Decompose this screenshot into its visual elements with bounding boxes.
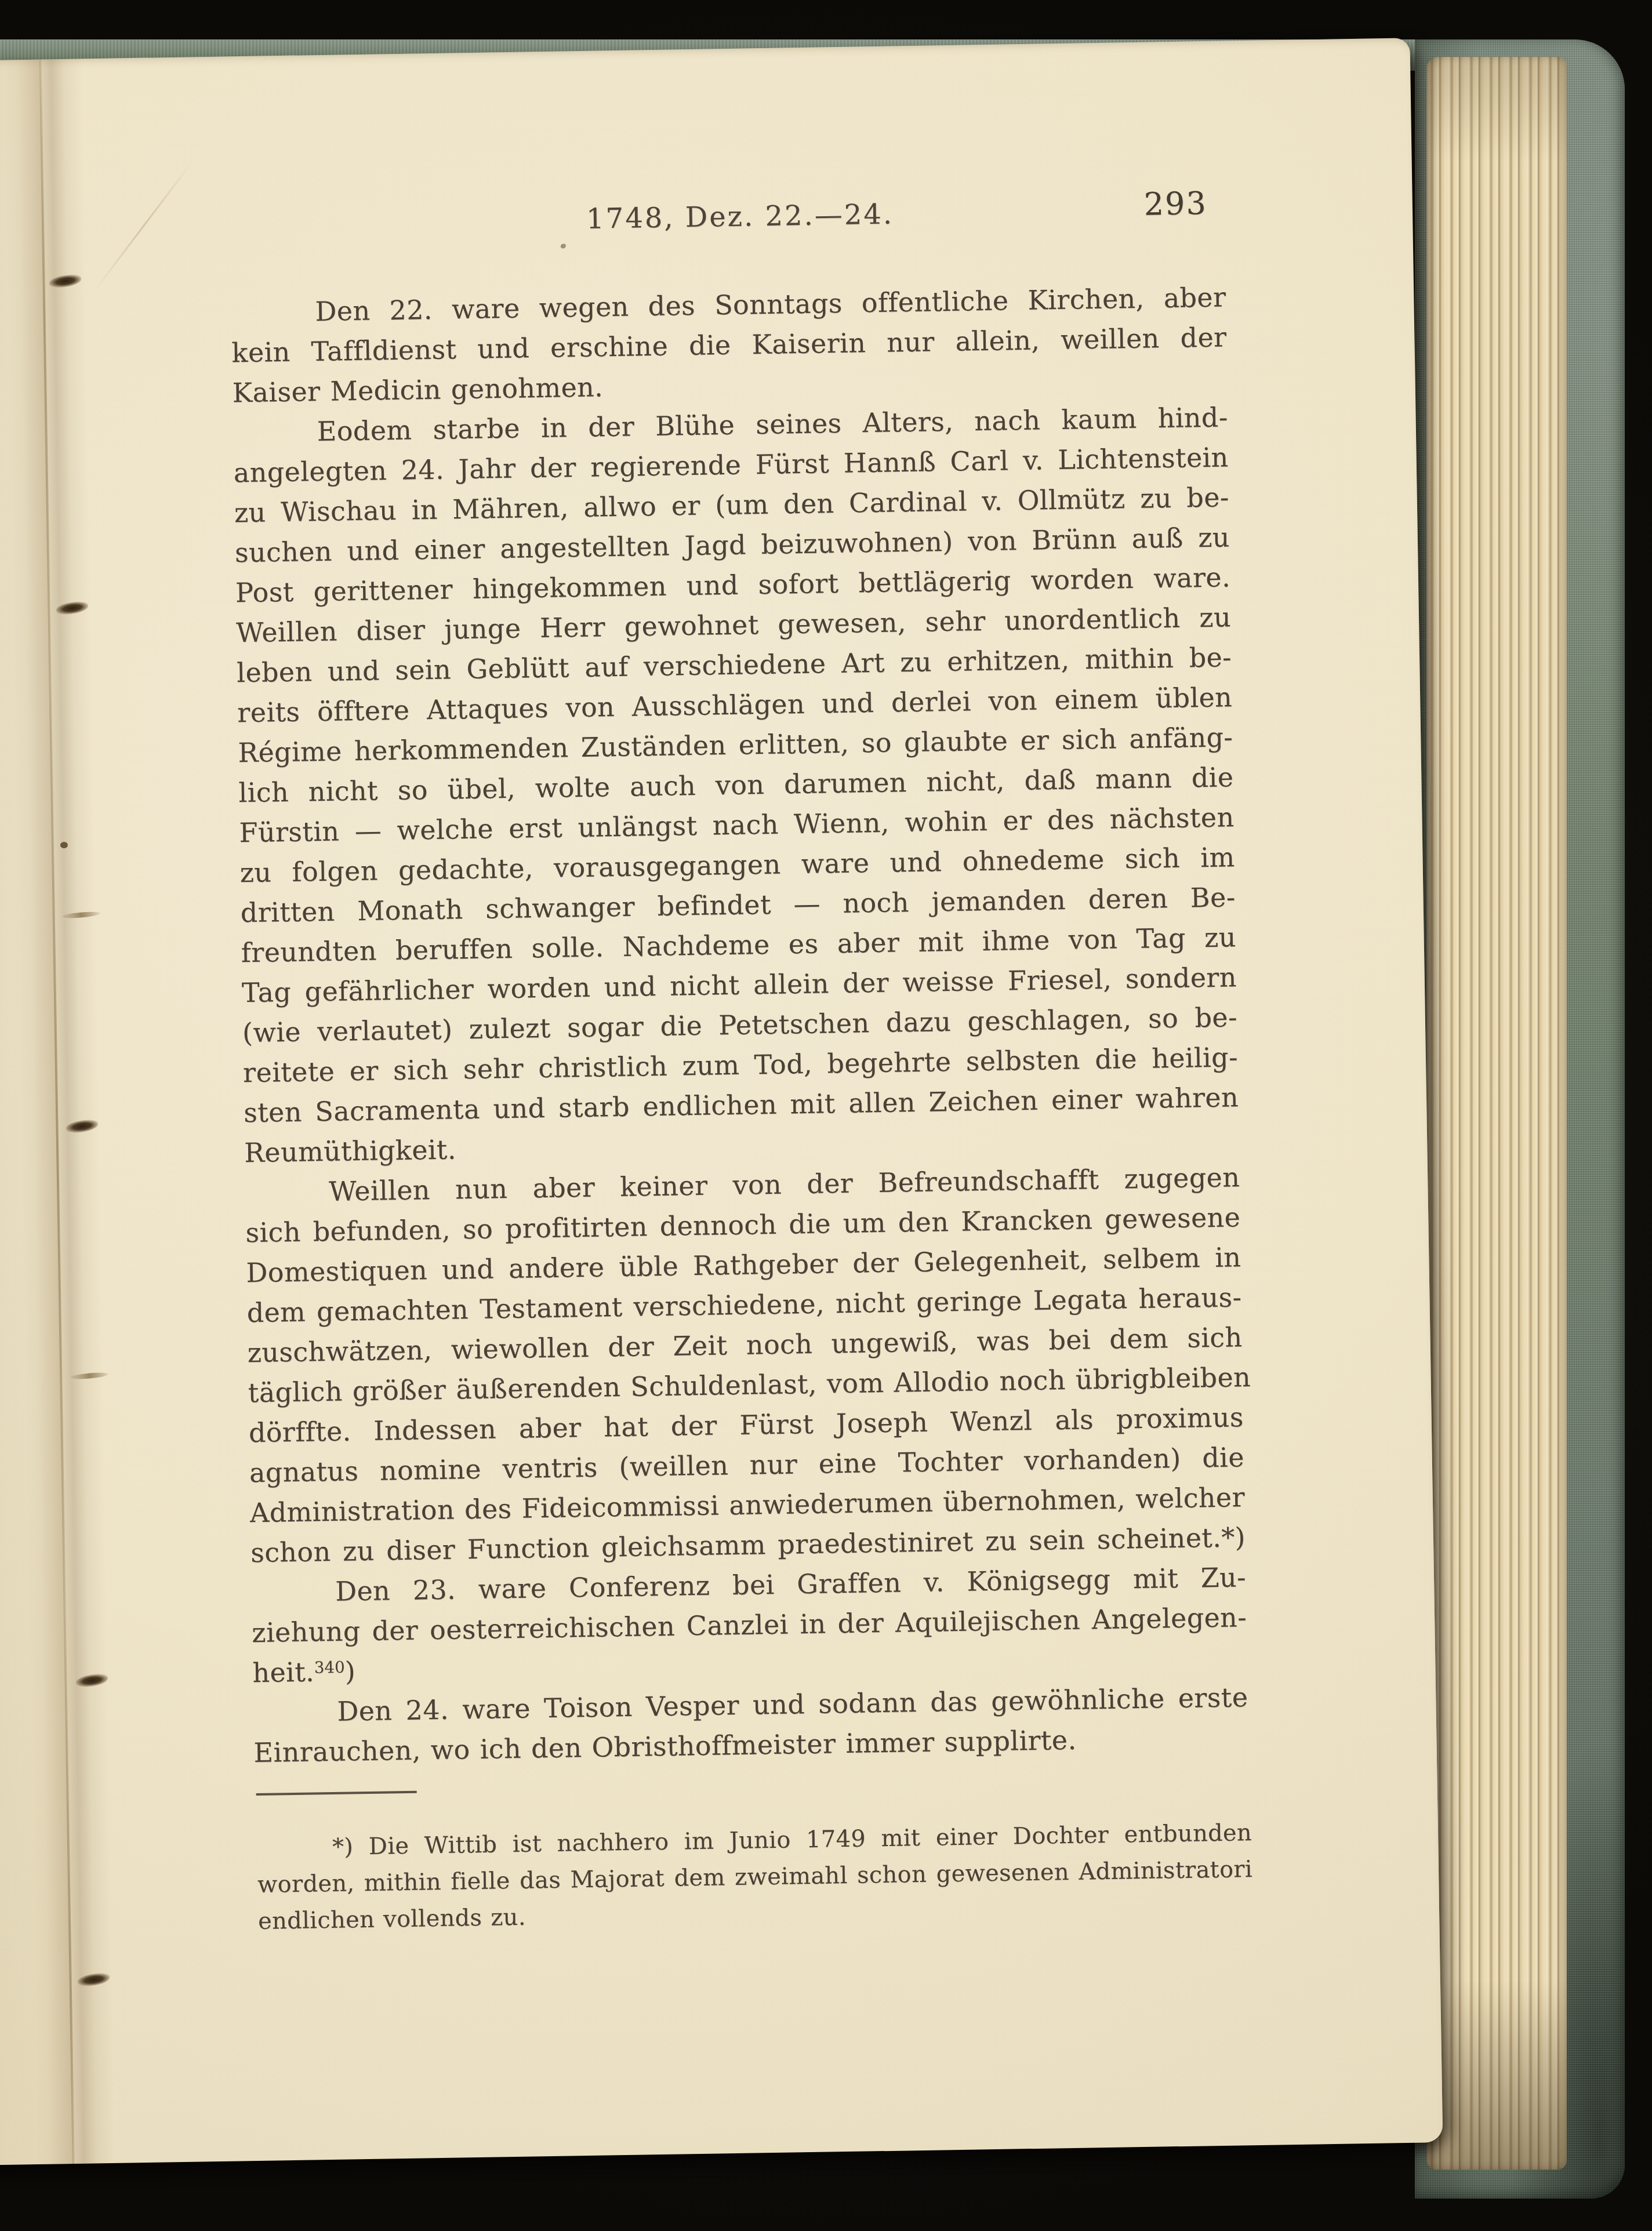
paper-crease (94, 161, 193, 291)
body-text: Den 22. ware wegen des Sonntags offentli… (231, 277, 1249, 1773)
footnote-reference-number: 340 (314, 1658, 345, 1677)
running-header-date: 1748, Dez. 22.—24. (586, 198, 894, 235)
running-header: 1748, Dez. 22.—24. 293 (230, 192, 1225, 251)
body-line-text: heit. (252, 1656, 315, 1688)
book-page: 1748, Dez. 22.—24. 293 Den 22. ware wege… (0, 38, 1443, 2165)
page-fore-edge-stack (1426, 57, 1567, 2170)
footnote-separator (256, 1791, 417, 1796)
scanned-book-photo: 1748, Dez. 22.—24. 293 Den 22. ware wege… (0, 0, 1652, 2231)
body-line-text: ) (344, 1655, 355, 1687)
page-number: 293 (1143, 185, 1207, 223)
footnote: *) Die Wittib ist nachhero im Junio 1749… (257, 1815, 1254, 1940)
